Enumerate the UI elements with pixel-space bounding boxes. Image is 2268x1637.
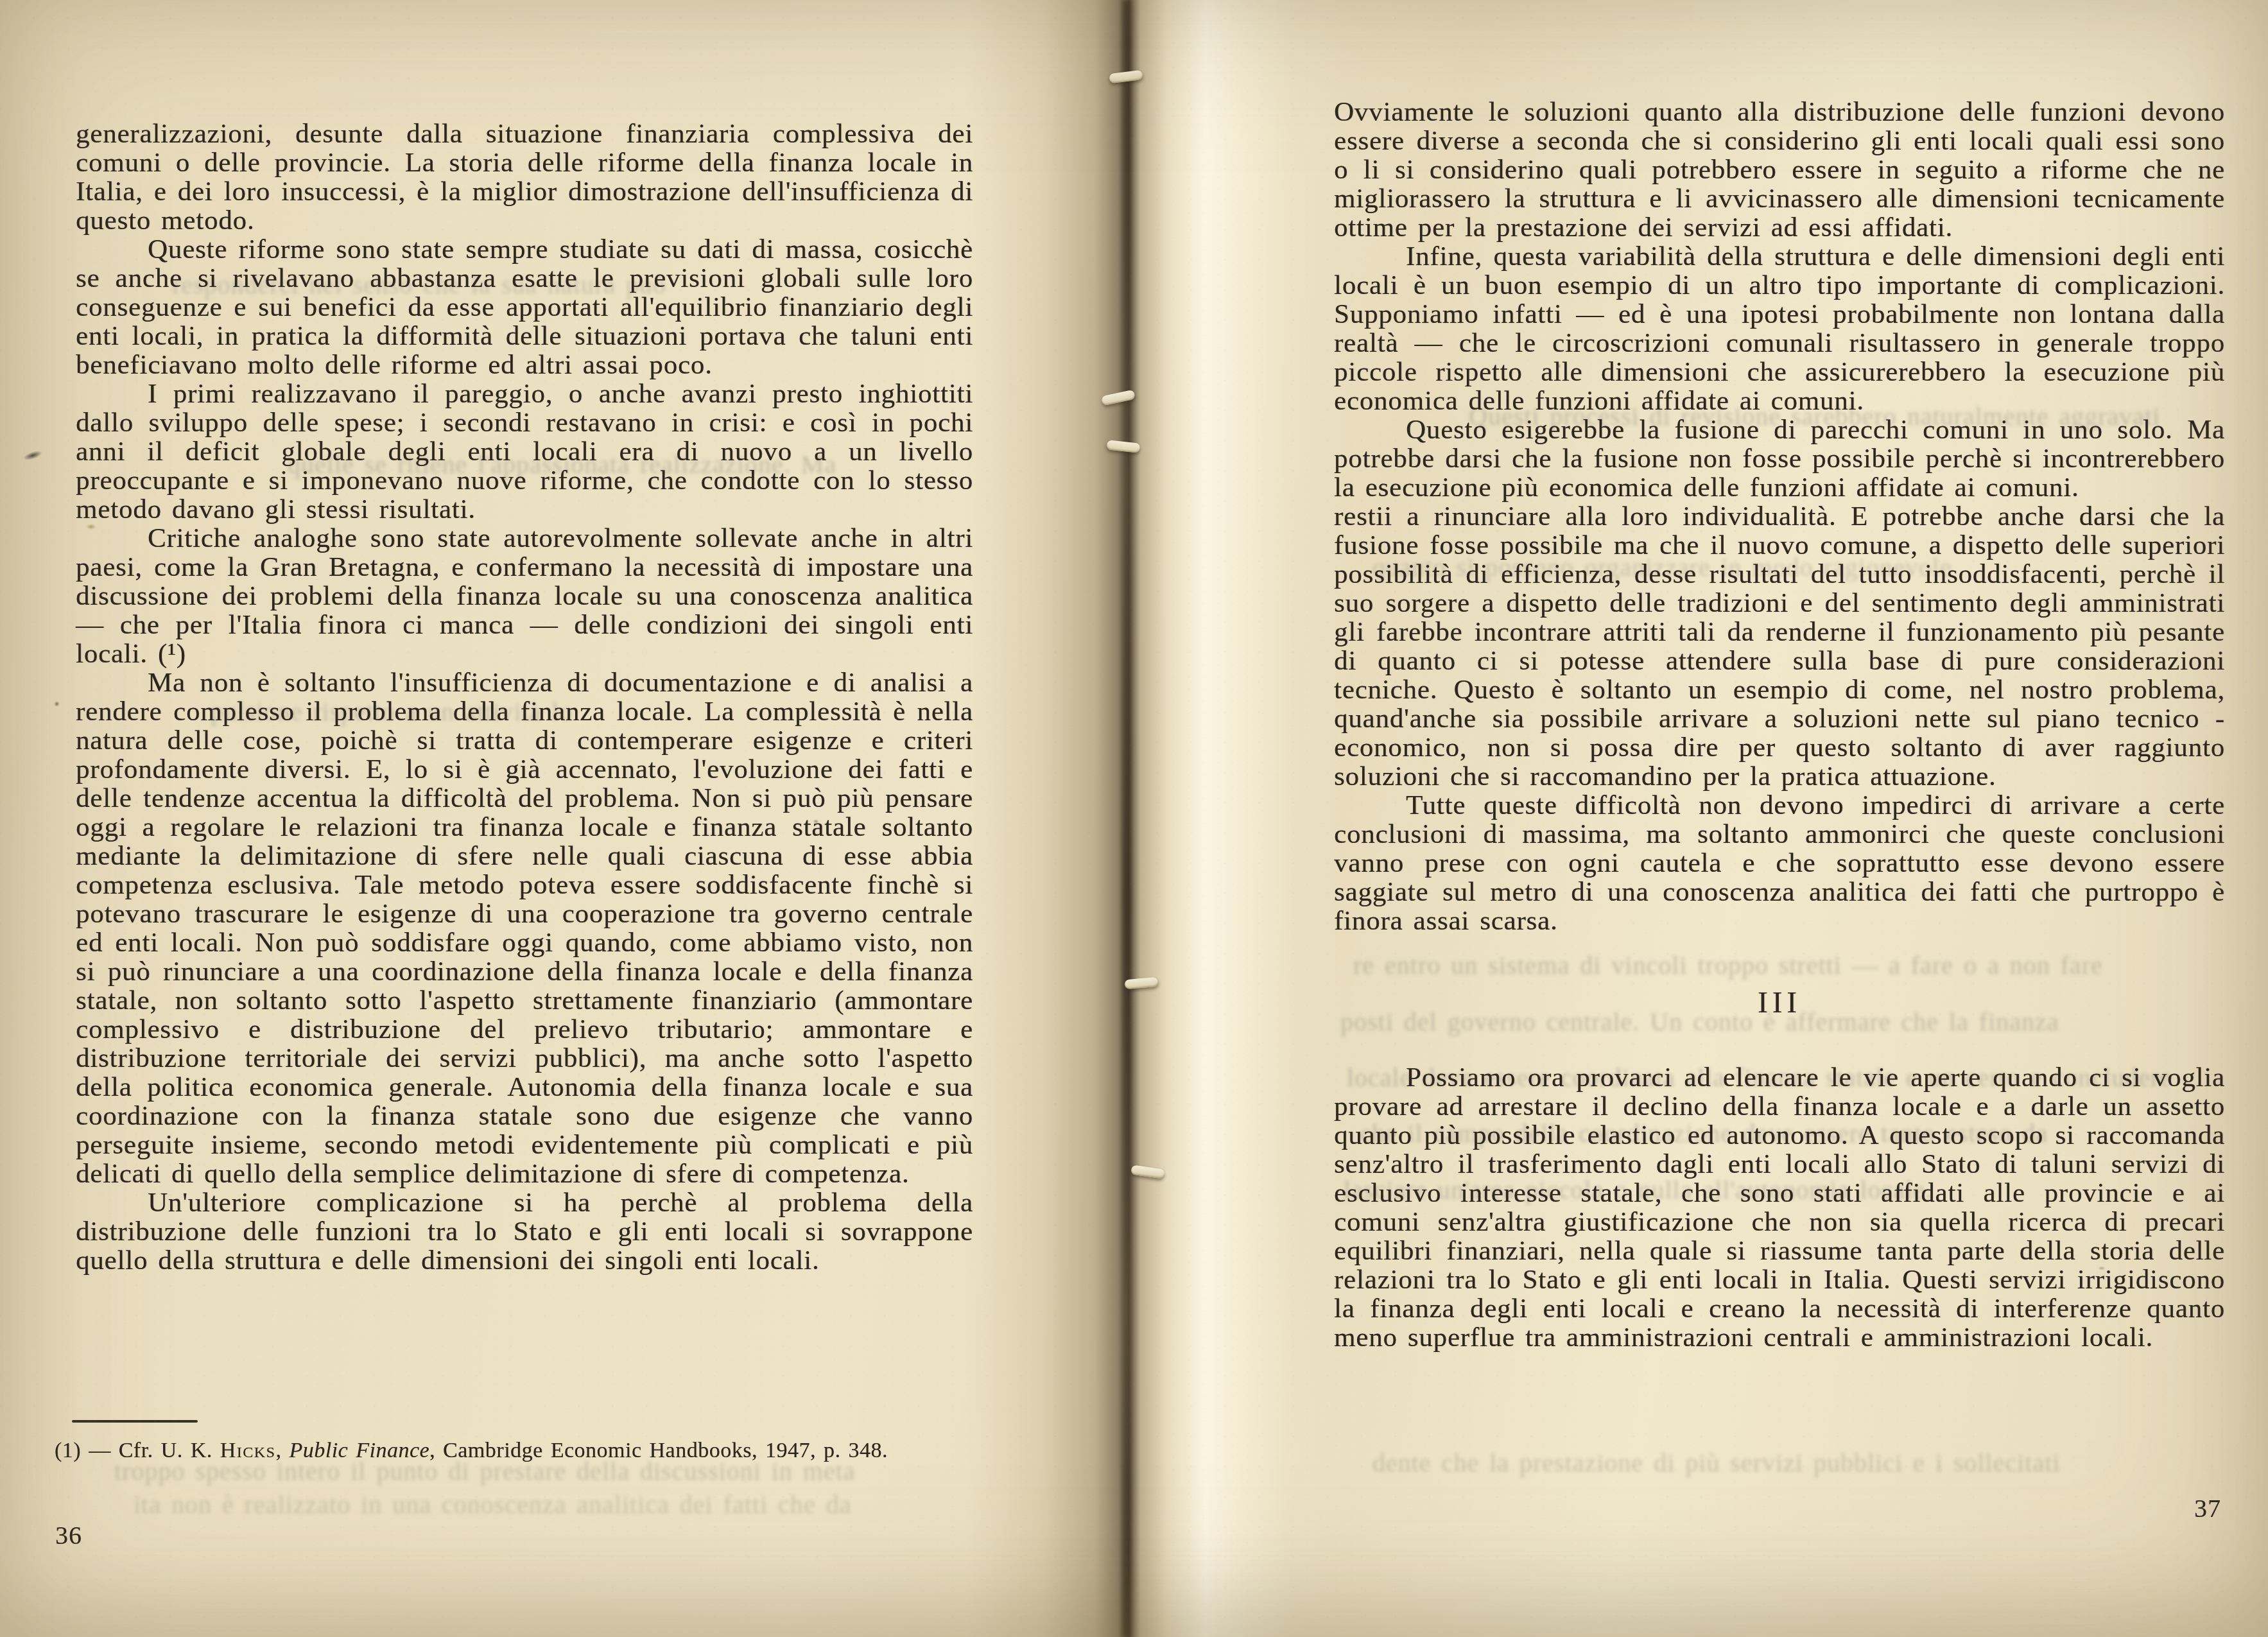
- paragraph: Ovviamente le soluzioni quanto alla dist…: [1334, 98, 2225, 242]
- ghost-text: dente che la prestazione di più servizi …: [1372, 1448, 2060, 1478]
- stitch-thread: [1101, 390, 1136, 406]
- text-run: ,: [275, 1439, 289, 1462]
- text-run: Ma non è soltanto l'insufficienza di doc…: [76, 668, 973, 1189]
- text-run: Queste riforme sono state sempre studiat…: [76, 234, 973, 380]
- gutter-crease: [1122, 0, 1131, 1637]
- text-run: Possiamo ora provarci ad elencare le vie…: [1334, 1062, 2225, 1353]
- text-run: I primi realizzavano il pareggio, o anch…: [76, 379, 973, 524]
- paragraph: Un'ulteriore complicazione si ha perchè …: [76, 1188, 973, 1275]
- paragraph: Possiamo ora provarci ad elencare le vie…: [1334, 1063, 2225, 1352]
- text-run: restii a rinunciare alla loro individual…: [1334, 501, 2225, 792]
- paragraph: Queste riforme sono state sempre studiat…: [76, 235, 973, 379]
- stitch-thread: [1106, 440, 1140, 453]
- text-run: Ovviamente le soluzioni quanto alla dist…: [1334, 97, 2225, 243]
- page-number-left: 36: [55, 1520, 82, 1550]
- paragraph: Ma non è soltanto l'insufficienza di doc…: [76, 668, 973, 1188]
- text-run: Questo esigerebbe la fusione di parecchi…: [1334, 415, 2225, 503]
- paragraph: I primi realizzavano il pareggio, o anch…: [76, 379, 973, 524]
- paragraph: Tutte queste difficoltà non devono imped…: [1334, 791, 2225, 935]
- ghost-text: ita non è realizzato in una conoscenza a…: [134, 1489, 851, 1520]
- text-run: Critiche analoghe sono state autorevolme…: [76, 523, 973, 669]
- text-run: Public Finance: [289, 1439, 429, 1462]
- text-run: III: [1758, 986, 1801, 1019]
- text-run: , Cambridge Economic Handbooks, 1947, p.…: [429, 1439, 888, 1462]
- footnote: (1) — Cfr. U. K. Hicks, Public Finance, …: [55, 1437, 960, 1464]
- paragraph: Questo esigerebbe la fusione di parecchi…: [1334, 415, 2225, 502]
- book-scan: responderci nel senso che la sua natura …: [0, 0, 2268, 1637]
- text-run: Un'ulteriore complicazione si ha perchè …: [76, 1188, 973, 1276]
- ink-speck: [22, 449, 43, 462]
- paper-speck: [54, 701, 60, 707]
- stitch-thread: [1130, 1165, 1165, 1179]
- paragraph: generalizzazioni, desunte dalla situazio…: [76, 119, 973, 235]
- text-run: Infine, questa variabilità della struttu…: [1334, 241, 2225, 416]
- section-heading: III: [1334, 988, 2225, 1018]
- text-run: Tutte queste difficoltà non devono imped…: [1334, 790, 2225, 936]
- page-left-text-block: generalizzazioni, desunte dalla situazio…: [76, 119, 973, 1275]
- text-run: generalizzazioni, desunte dalla situazio…: [76, 119, 973, 236]
- paragraph: restii a rinunciare alla loro individual…: [1334, 502, 2225, 791]
- paragraph: Critiche analoghe sono state autorevolme…: [76, 524, 973, 668]
- text-run: Hicks: [220, 1439, 276, 1462]
- footnote-divider: [72, 1420, 198, 1423]
- text-run: (1) — Cfr. U. K.: [55, 1439, 220, 1462]
- book-gutter-fold: [966, 0, 1345, 1637]
- page-number-right: 37: [1335, 1493, 2221, 1523]
- page-right-text-block: Ovviamente le soluzioni quanto alla dist…: [1334, 98, 2225, 1352]
- stitch-thread: [1109, 70, 1143, 83]
- paragraph: Infine, questa variabilità della struttu…: [1334, 242, 2225, 415]
- stitch-thread: [1124, 977, 1158, 989]
